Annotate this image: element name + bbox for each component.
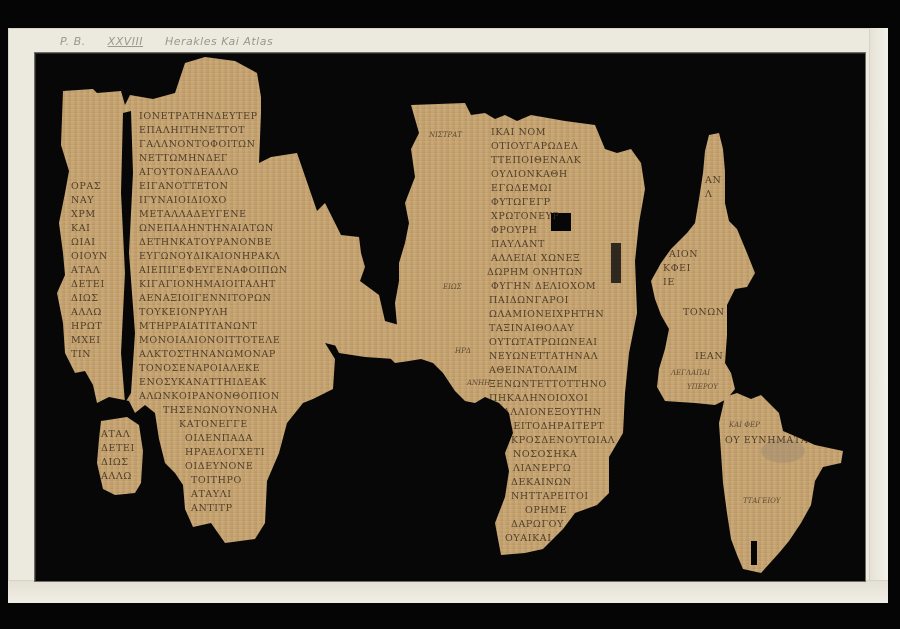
- text-line: ΕΓΩΔΕΜΩΙ: [491, 183, 552, 194]
- text-line: ΛΕΓΛΑΠΑΙ: [670, 369, 710, 377]
- fragment-title: Herakles Kai Atlas: [165, 35, 273, 48]
- text-line: ΝΗΤΤΑΡΕΙΤΟΙ: [511, 491, 589, 502]
- marginal-note: ΝΙΣΤΡΑΤ: [428, 131, 463, 139]
- text-line: ΝΑΥ: [71, 195, 94, 206]
- text-line: ΔΕΚΑΙΝΩΝ: [511, 477, 572, 488]
- text-line: ΧΡΜ: [71, 209, 96, 220]
- marginal-note: ΗΡΔ: [454, 347, 471, 355]
- text-line: ΑΛΚΤΟΣΤΗΝΑΝΩΜΟΝΑΡ: [138, 349, 276, 360]
- right-narrow-papyrus-fragment: ΑΝ Λ ΑΙΟΝ ΚΦΕΙ ΙΕ ΤΟΝΩΝ ΙΕΑΝ ΛΕΓΛΑΠΑΙ ΥΠ…: [651, 133, 755, 405]
- text-line: ΔΩΡΗΜ ΟΝΗΤΩΝ: [487, 267, 583, 278]
- text-line: ΚΦΕΙ: [663, 263, 691, 274]
- text-line: ΑΤΑΥΛΙ: [190, 489, 232, 500]
- text-line: ΗΡΩΤ: [71, 321, 102, 332]
- text-line: ΝΕΥΩΝΕΤΤΑΤΗΝΑΛ: [489, 351, 598, 362]
- text-line: ΥΠΕΡΟΥ: [687, 383, 719, 391]
- text-line: ΑΛΛΩ: [100, 471, 132, 482]
- text-line: ΙΕΑΝ: [695, 351, 723, 362]
- text-line: ΩΙΑΙ: [71, 237, 96, 248]
- text-line: ΚΑΙ ΦΕΡ: [728, 421, 760, 429]
- bottom-right-papyrus-fragment: ΚΑΙ ΦΕΡ ΟΥ ΕΥΝΗΜΑΤΑ ΤΤΑΓΕΙΟΥ: [719, 393, 843, 573]
- text-line: ΔΑΛΕΙΤΟΔΗΡΑΙΤΕΡΤ: [491, 421, 604, 432]
- text-line: ΑΙΟΝ: [668, 249, 698, 260]
- text-line: ΩΛΑΜΙΟΝΕΙΧΡΗΤΗΝ: [489, 309, 604, 320]
- text-line: ΔΕΤΗΝΚΑΤΟΥΡΑΝΟΝΒΕ: [139, 237, 272, 248]
- text-line: ΠΑΙΔΩΝΓΑΡΟΙ: [489, 295, 569, 306]
- text-line: ΙΚΑΙ ΝΟΜ: [491, 127, 546, 138]
- center-papyrus-fragment: ΝΙΣΤΡΑΤ ΕΙΩΣ ΗΡΔ ΑΝΗΗ ΙΚΑΙ ΝΟΜ ΟΤΙΟΥΓΑΡΩ…: [387, 103, 645, 555]
- text-line: ΑΤΑΛ: [100, 429, 130, 440]
- text-line: ΑΤΑΛ: [70, 265, 100, 276]
- text-line: ΦΡΟΥΡΗ: [491, 225, 538, 236]
- text-line: ΔΙΩΣ: [101, 457, 129, 468]
- text-line: ΑΛΛΩ: [70, 307, 102, 318]
- text-line: ΤΙΝ: [71, 349, 91, 360]
- text-line: Λ: [704, 189, 712, 200]
- text-line: ΦΥΤΩΓΕΓΡ: [491, 197, 551, 208]
- text-line: ΧΡΩΤΟΝΕΥΡ: [491, 211, 559, 222]
- text-line: ΤΗΣΕΝΩΝΟΥΝΟΝΗΑ: [163, 405, 278, 416]
- text-line: ΜΤΗΡΡΑΙΑΤΙΤΑΝΩΝΤ: [139, 321, 257, 332]
- text-line: ΟΥΛΙΟΝΚΑΘΗ: [491, 169, 568, 180]
- text-line: ΤΤΑΓΕΙΟΥ: [743, 497, 782, 505]
- text-line: ΛΙΑΝΕΡΓΩ: [512, 463, 571, 474]
- text-line: ΟΥΑΙΚΑΙ: [505, 533, 552, 544]
- text-line: ΤΤΑΛΛΙΟΝΕΞΟΥΤΗΝ: [489, 407, 602, 418]
- text-line: ΚΙΓΑΓΙΟΝΗΜΑΙΟΙΤΑΛΗΤ: [139, 279, 276, 290]
- text-line: ΑΕΝΑΞΙΟΙΓΕΝΝΙΤΟΡΩΝ: [138, 293, 271, 304]
- text-line: ΗΡΑΕΛΟΓΧΕΤΙ: [185, 447, 265, 458]
- text-line: ΑΝ: [704, 175, 721, 186]
- text-line: ΝΟΣΟΣΗΚΑ: [513, 449, 577, 460]
- text-line: ΙΕ: [663, 277, 675, 288]
- text-line: ΙΓΥΝΑΙΟΙΔΙΟΧΟ: [139, 195, 227, 206]
- text-line: ΟΙΔΕΥΝΟΝΕ: [185, 461, 253, 472]
- text-line: ΕΠΑΛΗΙΤΗΝΕΤΤΟΤ: [139, 125, 245, 136]
- text-line: ΕΝΟΣΥΚΑΝΑΤΤΗΙΔΕΑΚ: [139, 377, 267, 388]
- text-line: ΔΑΡΩΓΟΥ: [511, 519, 564, 530]
- text-line: ΝΕΤΤΩΜΗΝΔΕΓ: [139, 153, 228, 164]
- text-line: ΟΤΙΟΥΓΑΡΩΔΕΛ: [491, 141, 579, 152]
- text-line: ΟΙΟΥΝ: [71, 251, 108, 262]
- text-line: ΦΥΓΗΝ ΔΕΛΙΟΧΟΜ: [491, 281, 596, 292]
- text-line: ΤΟΝΩΝ: [683, 307, 725, 318]
- text-line: ΤΤΕΠΟΙΘΕΝΑΛΚ: [491, 155, 582, 166]
- marginal-note: ΕΙΩΣ: [442, 283, 462, 291]
- text-line: ΤΟΥΚΕΙΟΝΡΥΛΗ: [139, 307, 228, 318]
- marginal-note: ΑΝΗΗ: [466, 379, 491, 387]
- text-line: ΠΑΥΛΑΝΤ: [491, 239, 545, 250]
- text-line: ΔΕΤΕΙ: [101, 443, 135, 454]
- text-line: ΚΑΙ: [71, 223, 91, 234]
- catalog-label: P. B. XXVIII Herakles Kai Atlas: [60, 31, 273, 51]
- papyrus-fragments: ΙΟΝΕΤΡΑΤΗΝΔΕΥΤΕΡ ΕΠΑΛΗΙΤΗΝΕΤΤΟΤ ΓΑΛΛΝΟΝΤ…: [35, 53, 865, 581]
- small-left-papyrus-piece: ΑΤΑΛ ΔΕΤΕΙ ΔΙΩΣ ΑΛΛΩ: [97, 417, 143, 495]
- text-line: ΠΗΚΑΛΗΝΟΙΟΧΟΙ: [489, 393, 588, 404]
- text-line: ΞΕΝΩΝΤΕΤΤΟΤΤΗΝΟ: [489, 379, 607, 390]
- text-line: ΩΝΕΠΑΛΗΝΤΗΝΑΙΑΤΩΝ: [139, 223, 274, 234]
- mat-bevel-bottom: [8, 580, 888, 603]
- text-line: ΕΥΓΩΝΟΥΔΙΚΑΙΟΝΗΡΑΚΛ: [139, 251, 280, 262]
- text-line: ΚΡΟΣΔΕΝΟΥΤΩΙΑΛ: [511, 435, 615, 446]
- black-mount-panel: ΙΟΝΕΤΡΑΤΗΝΔΕΥΤΕΡ ΕΠΑΛΗΙΤΗΝΕΤΤΟΤ ΓΑΛΛΝΟΝΤ…: [34, 52, 866, 582]
- text-line: ΑΙΕΠΙΓΕΦΕΥΓΕΝΑΦΟΙΠΩΝ: [138, 265, 288, 276]
- text-line: ΕΙΓΑΝΟΤΤΕΤΟΝ: [139, 181, 229, 192]
- text-line: ΟΡΗΜΕ: [525, 505, 567, 516]
- text-line: ΟΙΛΕΝΠΑΔΑ: [185, 433, 253, 444]
- text-line: ΜΟΝΟΙΑΛΙΟΝΟΙΤΤΟΤΕΛΕ: [139, 335, 280, 346]
- text-line: ΓΑΛΛΝΟΝΤΟΦΟΙΤΩΝ: [139, 139, 256, 150]
- shelfmark-prefix: P. B.: [60, 35, 86, 48]
- text-line: ΟΥΤΩΤΑΤΡΩΙΩΝΕΑΙ: [489, 337, 598, 348]
- mat-bevel-right: [869, 28, 888, 603]
- text-line: ΟΥ ΕΥΝΗΜΑΤΑ: [725, 435, 808, 446]
- shelfmark-number: XXVIII: [108, 35, 143, 48]
- text-line: ΔΙΩΣ: [71, 293, 99, 304]
- text-line: ΑΛΩΝΚΟΙΡΑΝΟΝΘΟΠΙΟΝ: [138, 391, 280, 402]
- text-line: ΤΟΙΤΗΡΟ: [191, 475, 242, 486]
- text-line: ΑΘΕΙΝΑΤΟΛΑΙΜ: [488, 365, 578, 376]
- text-line: ΑΛΛΕΙΑΙ ΧΩΝΕΞ: [490, 253, 580, 264]
- text-line: ΜΧΕΙ: [71, 335, 101, 346]
- text-line: ΔΕΤΕΙ: [71, 279, 105, 290]
- text-line: ΑΝΤΙΤΡ: [190, 503, 233, 514]
- text-line: ΤΟΝΟΣΕΝΑΡΟΙΑΛΕΚΕ: [139, 363, 260, 374]
- text-line: ΤΑΞΙΝΑΙΘΟΛΑΥ: [489, 323, 574, 334]
- text-line: ΚΑΤΟΝΕΓΓΕ: [179, 419, 248, 430]
- text-line: ΑΓΟΥΤΟΝΔΕΑΛΛΟ: [138, 167, 239, 178]
- text-line: ΙΟΝΕΤΡΑΤΗΝΔΕΥΤΕΡ: [139, 111, 258, 122]
- text-line: ΜΕΤΑΛΛΑΔΕΥΓΕΝΕ: [139, 209, 247, 220]
- text-line: ΟΡΑΣ: [71, 181, 101, 192]
